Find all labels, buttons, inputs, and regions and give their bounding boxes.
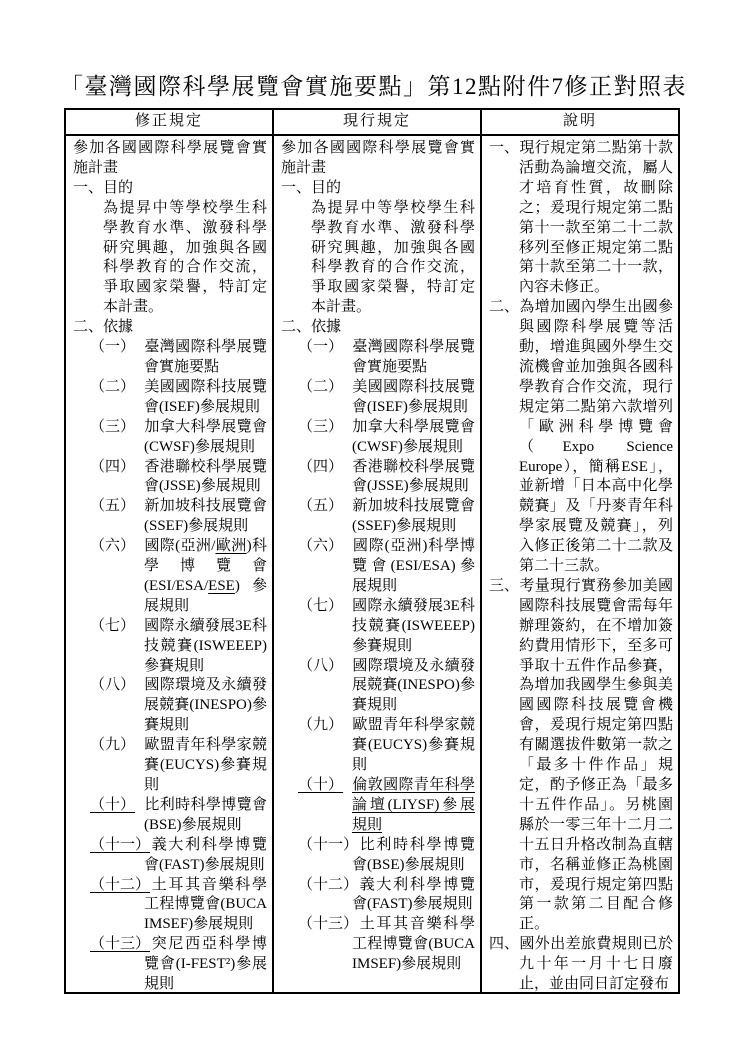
item-text: 新加坡科技展覽會(SSEF)參展規則 bbox=[144, 498, 267, 534]
item-text: 國外出差旅費規則已於九十年一月十七日廢止，並由同日訂定發布 bbox=[519, 936, 673, 992]
list-item: （七）國際永續發展3E科技競賽(ISWEEEP)參賽規則 bbox=[73, 617, 267, 677]
item-number: （三） bbox=[298, 418, 352, 438]
item-number: （七） bbox=[90, 617, 144, 637]
item-text: 考量現行實務參加美國國際科技展覽會需每年辦理簽約，在不增加簽約費用情形下，至多可… bbox=[519, 578, 673, 932]
item-number: （十） bbox=[90, 796, 144, 816]
explanation-item: 三、考量現行實務參加美國國際科技展覽會需每年辦理簽約，在不增加簽約費用情形下，至… bbox=[489, 577, 673, 935]
item-number: （二） bbox=[90, 378, 144, 398]
item-text: 香港聯校科學展覽會(JSSE)參展規則 bbox=[144, 459, 267, 495]
item-number: （十二） bbox=[298, 876, 358, 896]
item-text: 現行規定第二點第十款活動為論壇交流，屬人才培育性質，故刪除之；爰現行規定第二點第… bbox=[519, 140, 673, 295]
item-text: 土耳其音樂科學工程博覽會(BUCA IMSEF)參展規則 bbox=[352, 916, 475, 972]
list-item: （十一）比利時科學博覽會(BSE)參展規則 bbox=[281, 836, 475, 876]
item-text: 國際永續發展3E科技競賽(ISWEEEP)參賽規則 bbox=[144, 618, 267, 674]
item-text: 比利時科學博覽會(BSE)參展規則 bbox=[144, 797, 267, 833]
header-revised-provisions: 修正規定 bbox=[66, 110, 272, 134]
item-number: （七） bbox=[298, 597, 352, 617]
table-header-row: 修正規定 現行規定 說明 bbox=[66, 110, 678, 136]
list-item: （十二）土耳其音樂科學工程博覽會(BUCA IMSEF)參展規則 bbox=[73, 876, 267, 936]
item-number: （十一） bbox=[298, 836, 358, 856]
item-text: 義大利科學博覽會(FAST)參展規則 bbox=[352, 877, 475, 913]
list-item: （九）歐盟青年科學家競賽(EUCYS)參賽規則 bbox=[281, 716, 475, 776]
list-item: （十三）土耳其音樂科學工程博覽會(BUCA IMSEF)參展規則 bbox=[281, 915, 475, 975]
section-heading: 一、目的 bbox=[281, 179, 475, 199]
item-number: 二、 bbox=[489, 298, 519, 318]
list-item: （十）比利時科學博覽會(BSE)參展規則 bbox=[73, 796, 267, 836]
list-item: （五）新加坡科技展覽會(SSEF)參展規則 bbox=[73, 497, 267, 537]
item-text: 臺灣國際科學展覽會實施要點 bbox=[144, 339, 267, 375]
item-text: 國際永續發展3E科技競賽(ISWEEEP)參賽規則 bbox=[352, 598, 475, 654]
list-item: （十三）突尼西亞科學博覽會(I-FEST²)參展規則 bbox=[73, 935, 267, 992]
table-body-row: 參加各國國際科學展覽會實施計畫一、目的為提昇中等學校學生科學教育水準、激發科學研… bbox=[66, 136, 678, 992]
header-explanation: 說明 bbox=[480, 110, 678, 134]
item-number: （四） bbox=[298, 458, 352, 478]
item-text: 為增加國內學生出國參與國際科學展覽等活動，增進與國外學生交流機會並加強與各國科學… bbox=[519, 299, 673, 574]
item-text: 香港聯校科學展覽會(JSSE)參展規則 bbox=[352, 459, 475, 495]
item-number: （八） bbox=[298, 657, 352, 677]
plan-title-line: 參加各國國際科學展覽會實施計畫 bbox=[281, 139, 475, 179]
item-text: 加拿大科學展覽會(CWSF)參展規則 bbox=[352, 419, 475, 455]
list-item: （六）國際(亞洲)科學博覽會(ESI/ESA)參展規則 bbox=[281, 537, 475, 597]
item-text: 國際環境及永續發展競賽(INESPO)參賽規則 bbox=[352, 658, 475, 714]
item-text: 美國國際科技展覽會(ISEF)參展規則 bbox=[144, 379, 267, 415]
item-number: （九） bbox=[90, 736, 144, 756]
item-number: （十三） bbox=[298, 915, 358, 935]
item-text: 突尼西亞科學博覽會(I-FEST²)參展規則 bbox=[144, 936, 267, 992]
item-number: （十二） bbox=[90, 876, 150, 896]
section-heading: 一、目的 bbox=[73, 179, 267, 199]
item-number: （八） bbox=[90, 676, 144, 696]
item-number: 四、 bbox=[489, 935, 519, 955]
list-item: （五）新加坡科技展覽會(SSEF)參展規則 bbox=[281, 497, 475, 537]
item-number: （六） bbox=[90, 537, 144, 557]
explanation-item: 四、國外出差旅費規則已於九十年一月十七日廢止，並由同日訂定發布 bbox=[489, 935, 673, 992]
item-text: 土耳其音樂科學工程博覽會(BUCA IMSEF)參展規則 bbox=[144, 877, 267, 933]
item-text: 歐洲 bbox=[215, 538, 246, 554]
item-number: 一、 bbox=[489, 139, 519, 159]
section-paragraph: 為提昇中等學校學生科學教育水準、激發科學研究興趣，加強與各國科學教育的合作交流，… bbox=[73, 199, 267, 318]
cell-revised-provisions: 參加各國國際科學展覽會實施計畫一、目的為提昇中等學校學生科學教育水準、激發科學研… bbox=[66, 136, 272, 992]
item-text: 比利時科學博覽會(BSE)參展規則 bbox=[352, 837, 475, 873]
list-item: （七）國際永續發展3E科技競賽(ISWEEEP)參賽規則 bbox=[281, 597, 475, 657]
cell-current-provisions: 參加各國國際科學展覽會實施計畫一、目的為提昇中等學校學生科學教育水準、激發科學研… bbox=[272, 136, 480, 992]
item-text: 國際(亞洲/ bbox=[144, 538, 215, 554]
item-number: （十） bbox=[298, 776, 352, 796]
item-number: 三、 bbox=[489, 577, 519, 597]
list-item: （一）臺灣國際科學展覽會實施要點 bbox=[73, 338, 267, 378]
section-heading: 二、依據 bbox=[281, 318, 475, 338]
explanation-item: 一、現行規定第二點第十款活動為論壇交流，屬人才培育性質，故刪除之；爰現行規定第二… bbox=[489, 139, 673, 298]
item-number: （一） bbox=[298, 338, 352, 358]
item-text: 新加坡科技展覽會(SSEF)參展規則 bbox=[352, 498, 475, 534]
list-item: （六）國際(亞洲/歐洲)科學博覽會(ESI/ESA/ESE)參展規則 bbox=[73, 537, 267, 617]
item-text: 義大利科學博覽會(FAST)參展規則 bbox=[144, 837, 267, 873]
item-number: （十一） bbox=[90, 836, 150, 856]
list-item: （三）加拿大科學展覽會(CWSF)參展規則 bbox=[281, 418, 475, 458]
item-number: （一） bbox=[90, 338, 144, 358]
list-item: （八）國際環境及永續發展競賽(INESPO)參賽規則 bbox=[281, 657, 475, 717]
plan-title-line: 參加各國國際科學展覽會實施計畫 bbox=[73, 139, 267, 179]
list-item: （十一）義大利科學博覽會(FAST)參展規則 bbox=[73, 836, 267, 876]
item-number: （五） bbox=[90, 497, 144, 517]
list-item: （二）美國國際科技展覽會(ISEF)參展規則 bbox=[73, 378, 267, 418]
list-item: （十）倫敦國際青年科學論壇(LIYSF)參展規則 bbox=[281, 776, 475, 836]
list-item: （八）國際環境及永續發展競賽(INESPO)參賽規則 bbox=[73, 676, 267, 736]
list-item: （十二）義大利科學博覽會(FAST)參展規則 bbox=[281, 876, 475, 916]
item-text: 美國國際科技展覽會(ISEF)參展規則 bbox=[352, 379, 475, 415]
document-title: 「臺灣國際科學展覽會實施要點」第12點附件7修正對照表 bbox=[60, 68, 720, 101]
item-number: （六） bbox=[298, 537, 352, 557]
item-text: ESE bbox=[208, 578, 235, 594]
item-text: 歐盟青年科學家競賽(EUCYS)參賽規則 bbox=[144, 737, 267, 793]
item-text: 倫敦國際青年科學論壇(LIYSF)參展規則 bbox=[352, 777, 475, 833]
comparison-table: 修正規定 現行規定 說明 參加各國國際科學展覽會實施計畫一、目的為提昇中等學校學… bbox=[64, 108, 680, 994]
item-number: （三） bbox=[90, 418, 144, 438]
list-item: （二）美國國際科技展覽會(ISEF)參展規則 bbox=[281, 378, 475, 418]
item-text: 國際(亞洲)科學博覽會(ESI/ESA)參展規則 bbox=[352, 538, 475, 594]
item-number: （五） bbox=[298, 497, 352, 517]
list-item: （一）臺灣國際科學展覽會實施要點 bbox=[281, 338, 475, 378]
item-number: （九） bbox=[298, 716, 352, 736]
list-item: （四）香港聯校科學展覽會(JSSE)參展規則 bbox=[281, 458, 475, 498]
item-number: （二） bbox=[298, 378, 352, 398]
item-text: 臺灣國際科學展覽會實施要點 bbox=[352, 339, 475, 375]
explanation-item: 二、為增加國內學生出國參與國際科學展覽等活動，增進與國外學生交流機會並加強與各國… bbox=[489, 298, 673, 577]
document-page: 「臺灣國際科學展覽會實施要點」第12點附件7修正對照表 修正規定 現行規定 說明… bbox=[0, 0, 748, 1060]
item-number: （四） bbox=[90, 458, 144, 478]
list-item: （九）歐盟青年科學家競賽(EUCYS)參賽規則 bbox=[73, 736, 267, 796]
section-paragraph: 為提昇中等學校學生科學教育水準、激發科學研究興趣，加強與各國科學教育的合作交流，… bbox=[281, 199, 475, 318]
section-heading: 二、依據 bbox=[73, 318, 267, 338]
header-current-provisions: 現行規定 bbox=[272, 110, 480, 134]
item-text: 歐盟青年科學家競賽(EUCYS)參賽規則 bbox=[352, 717, 475, 773]
item-text: 國際環境及永續發展競賽(INESPO)參賽規則 bbox=[144, 677, 267, 733]
cell-explanation: 一、現行規定第二點第十款活動為論壇交流，屬人才培育性質，故刪除之；爰現行規定第二… bbox=[480, 136, 678, 992]
item-number: （十三） bbox=[90, 935, 150, 955]
list-item: （四）香港聯校科學展覽會(JSSE)參展規則 bbox=[73, 458, 267, 498]
list-item: （三）加拿大科學展覽會(CWSF)參展規則 bbox=[73, 418, 267, 458]
item-text: 加拿大科學展覽會(CWSF)參展規則 bbox=[144, 419, 267, 455]
